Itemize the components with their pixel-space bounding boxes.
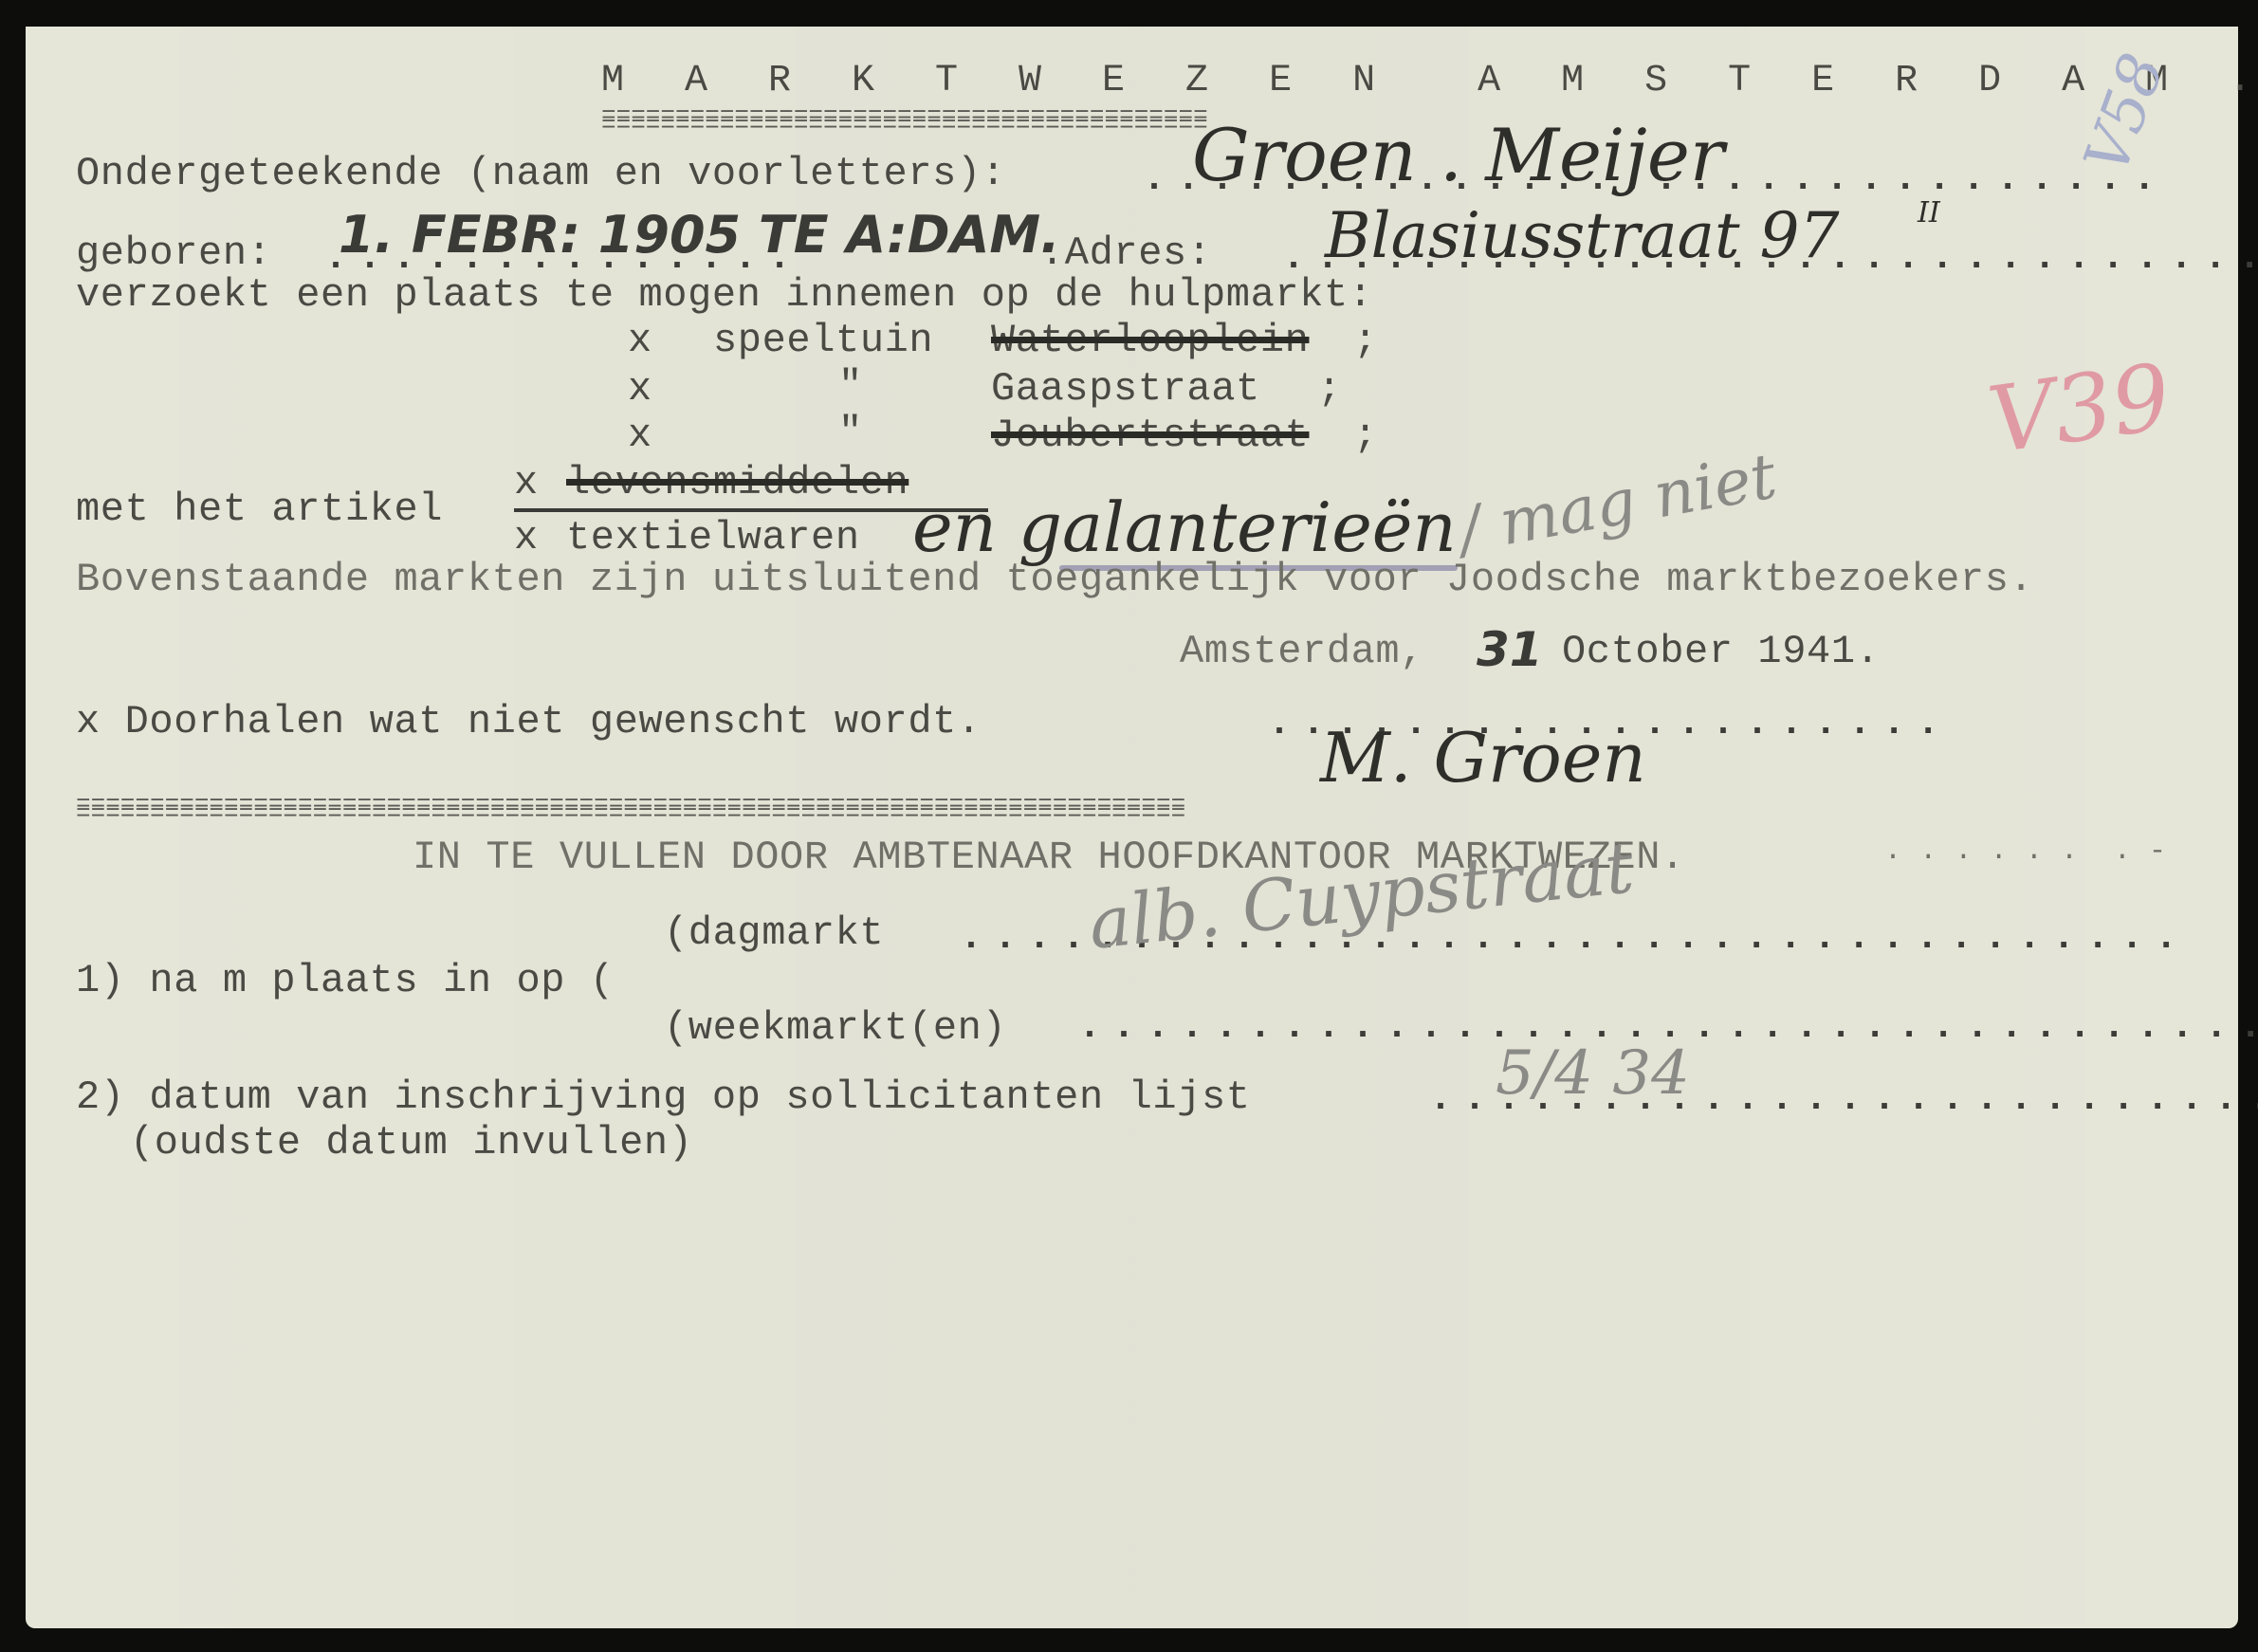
address-label: .Adres: — [1040, 233, 1212, 273]
place-city: Amsterdam, — [1180, 632, 1424, 671]
market-3-name: Joubertstraat — [991, 415, 1309, 455]
notice-text: Bovenstaande markten zijn uitsluitend to… — [76, 560, 2033, 599]
signature: M. Groen — [1320, 724, 1646, 792]
article-pencil-note: / mag niet — [1455, 445, 1781, 562]
item2-sub: (oudste datum invullen) — [130, 1123, 693, 1163]
article-label: met het artikel — [76, 489, 443, 529]
market-1-suffix: ; — [1353, 321, 1378, 360]
born-label: geboren: — [76, 233, 271, 273]
section-separator-2: ========================================… — [76, 804, 1185, 824]
official-heading-tail: . . . . . . . - — [1884, 837, 2167, 866]
market-3-prefix: " — [838, 413, 863, 452]
address-floor: II — [1918, 199, 1940, 228]
item1-label: 1) na m plaats in op ( — [76, 961, 615, 1000]
market-2-prefix: " — [838, 366, 863, 406]
market-2-suffix: ; — [1317, 369, 1342, 409]
market-2-mark: x — [628, 369, 652, 409]
article-handwritten-addition: en galanterieën — [912, 493, 1457, 561]
article-2-name: textielwaren — [566, 518, 860, 558]
market-3-suffix: ; — [1353, 415, 1378, 455]
date-month-year: October 1941. — [1562, 632, 1880, 671]
weekmarkt-label: (weekmarkt(en) — [664, 1008, 1006, 1048]
name-value: Groen . Meijer — [1192, 119, 1724, 192]
title-underline-2: ========================================… — [601, 116, 1208, 136]
article-1-name: levensmiddelen — [566, 463, 909, 503]
address-value: Blasiusstraat 97 — [1325, 205, 1839, 267]
article-1-mark: x — [514, 463, 539, 503]
card-title: M A R K T W E Z E N A M S T E R D A M . — [601, 63, 2258, 101]
market-application-card: M A R K T W E Z E N A M S T E R D A M . … — [26, 27, 2238, 1628]
market-3-mark: x — [628, 415, 652, 455]
request-text: verzoekt een plaats te mogen innemen op … — [76, 275, 1373, 315]
market-1-name: Waterlooplein — [991, 321, 1309, 360]
dagmarkt-label: (dagmarkt — [664, 913, 884, 953]
footnote: x Doorhalen wat niet gewenscht wordt. — [76, 702, 982, 742]
item2-value: 5/4 34 — [1496, 1043, 1690, 1104]
date-day: 31 — [1477, 626, 1543, 673]
name-label: Ondergeteekende (naam en voorletters): — [76, 154, 1006, 193]
article-2-mark: x — [514, 518, 539, 558]
market-1-mark: x — [628, 321, 652, 360]
item2-label: 2) datum van inschrijving op sollicitant… — [76, 1077, 1251, 1117]
red-pencil-annotation: V39 — [1983, 351, 2175, 467]
born-value: 1. FEBR: 1905 TE A:DAM. — [339, 210, 1060, 261]
market-2-name: Gaaspstraat — [991, 369, 1260, 409]
market-1-prefix: speeltuin — [713, 321, 933, 360]
